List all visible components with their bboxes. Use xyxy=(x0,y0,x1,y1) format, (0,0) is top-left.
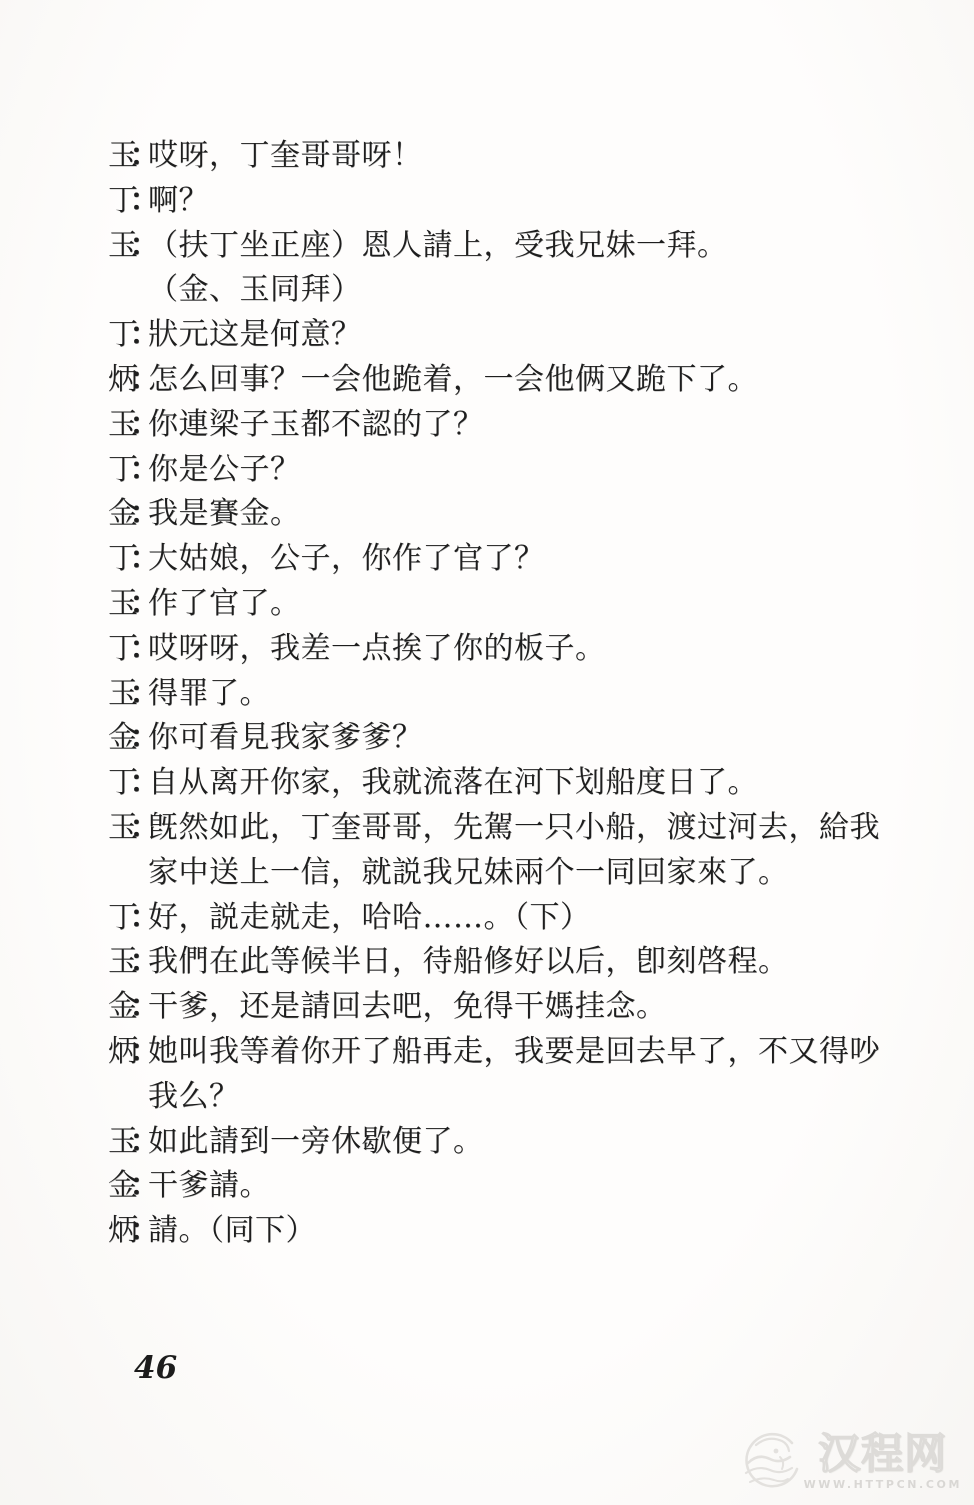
speaker-wrap: 金： xyxy=(108,985,148,1030)
dialogue-text: 自从离开你家，我就流落在河下划船度日了。 xyxy=(148,765,758,800)
dialogue-continuation-line: （金、玉同拜） xyxy=(108,268,938,313)
dialogue-text: 她叫我等着你开了船再走，我要是回去早了，不又得吵 xyxy=(148,1034,880,1069)
speaker-wrap: 丁： xyxy=(108,627,148,672)
dialogue-line: 炳：她叫我等着你开了船再走，我要是回去早了，不又得吵 xyxy=(108,1030,938,1075)
dialogue-line: 玉：得罪了。 xyxy=(108,672,938,717)
speaker-wrap: 丁： xyxy=(108,537,148,582)
watermark-site-name: 汉程网 xyxy=(818,1433,947,1475)
dialogue-line: 金：我是賽金。 xyxy=(108,492,938,537)
dialogue-continuation-line: 我么？ xyxy=(108,1075,938,1120)
dialogue-line: 玉：你連梁子玉都不認的了？ xyxy=(108,403,938,448)
speaker-wrap: 玉： xyxy=(108,582,148,627)
dialogue-text: 你是公子？ xyxy=(148,452,301,487)
dialogue-text: 請。（同下） xyxy=(148,1213,316,1248)
dialogue-line: 丁：自从离开你家，我就流落在河下划船度日了。 xyxy=(108,761,938,806)
dialogue-text: （金、玉同拜） xyxy=(148,272,362,307)
speaker-wrap: 炳： xyxy=(108,358,148,403)
speaker-wrap: 丁： xyxy=(108,179,148,224)
dialogue-line: 金：干爹請。 xyxy=(108,1164,938,1209)
dialogue-line: 玉：我們在此等候半日，待船修好以后，卽刻啓程。 xyxy=(108,940,938,985)
dialogue-text: 啊？ xyxy=(148,183,209,218)
speaker-wrap: 金： xyxy=(108,492,148,537)
dialogue-line: 丁：狀元这是何意？ xyxy=(108,313,938,358)
dialogue-line: 丁：你是公子？ xyxy=(108,448,938,493)
dialogue-text: 你連梁子玉都不認的了？ xyxy=(148,407,484,442)
scanned-page: 玉：哎呀，丁奎哥哥呀！丁：啊？玉：（扶丁坐正座）恩人請上，受我兄妹一拜。（金、玉… xyxy=(0,0,974,1505)
watermark-url: WWW.HTTPCN.COM xyxy=(804,1478,962,1491)
speaker-wrap: 玉： xyxy=(108,1120,148,1165)
dialogue-text: （扶丁坐正座）恩人請上，受我兄妹一拜。 xyxy=(148,228,728,263)
dialogue-line: 丁：好，説走就走，哈哈……。（下） xyxy=(108,896,938,941)
speaker-wrap: 丁： xyxy=(108,896,148,941)
dialogue-text: 大姑娘，公子，你作了官了？ xyxy=(148,541,545,576)
speaker-wrap: 丁： xyxy=(108,761,148,806)
speaker-wrap: 玉： xyxy=(108,403,148,448)
speaker-wrap: 玉： xyxy=(108,134,148,179)
dialogue-text: 哎呀呀，我差一点挨了你的板子。 xyxy=(148,631,606,666)
dialogue-text: 干爹，还是請回去吧，免得干媽挂念。 xyxy=(148,989,667,1024)
dialogue-text: 狀元这是何意？ xyxy=(148,317,362,352)
watermark-dragon-logo-icon xyxy=(736,1429,804,1495)
speaker-wrap: 炳： xyxy=(108,1209,148,1254)
speaker-wrap: 丁： xyxy=(108,313,148,358)
dialogue-line: 丁：啊？ xyxy=(108,179,938,224)
dialogue-text: 作了官了。 xyxy=(148,586,301,621)
dialogue-text: 我是賽金。 xyxy=(148,496,301,531)
speaker-wrap: 玉： xyxy=(108,224,148,269)
page-number: 46 xyxy=(134,1350,177,1386)
dialogue-line: 炳：怎么回事？一会他跪着，一会他俩又跪下了。 xyxy=(108,358,938,403)
watermark: 汉程网 WWW.HTTPCN.COM xyxy=(736,1429,962,1495)
dialogue-text: 得罪了。 xyxy=(148,676,270,711)
dialogue-list: 玉：哎呀，丁奎哥哥呀！丁：啊？玉：（扶丁坐正座）恩人請上，受我兄妹一拜。（金、玉… xyxy=(108,134,938,1254)
dialogue-line: 金：你可看見我家爹爹？ xyxy=(108,716,938,761)
speaker-wrap: 金： xyxy=(108,716,148,761)
dialogue-line: 玉：如此請到一旁休歇便了。 xyxy=(108,1120,938,1165)
dialogue-text: 好，説走就走，哈哈……。（下） xyxy=(148,900,591,935)
dialogue-line: 炳：請。（同下） xyxy=(108,1209,938,1254)
dialogue-line: 丁：大姑娘，公子，你作了官了？ xyxy=(108,537,938,582)
dialogue-text: 如此請到一旁休歇便了。 xyxy=(148,1124,484,1159)
speaker-wrap: 金： xyxy=(108,1164,148,1209)
dialogue-text: 旣然如此，丁奎哥哥，先駕一只小船，渡过河去，給我 xyxy=(148,810,880,845)
dialogue-text: 家中送上一信，就説我兄妹兩个一同回家來了。 xyxy=(148,855,789,890)
dialogue-text: 怎么回事？一会他跪着，一会他俩又跪下了。 xyxy=(148,362,758,397)
speaker-wrap: 玉： xyxy=(108,806,148,851)
dialogue-line: 玉：旣然如此，丁奎哥哥，先駕一只小船，渡过河去，給我 xyxy=(108,806,938,851)
speaker-wrap: 玉： xyxy=(108,672,148,717)
dialogue-text: 干爹請。 xyxy=(148,1168,270,1203)
watermark-text-block: 汉程网 WWW.HTTPCN.COM xyxy=(804,1433,962,1491)
speaker-wrap: 丁： xyxy=(108,448,148,493)
dialogue-continuation-line: 家中送上一信，就説我兄妹兩个一同回家來了。 xyxy=(108,851,938,896)
speaker-wrap: 玉： xyxy=(108,940,148,985)
dialogue-text: 我們在此等候半日，待船修好以后，卽刻啓程。 xyxy=(148,944,789,979)
dialogue-text: 我么？ xyxy=(148,1079,240,1114)
speaker-wrap: 炳： xyxy=(108,1030,148,1075)
dialogue-line: 玉：作了官了。 xyxy=(108,582,938,627)
dialogue-line: 玉：哎呀，丁奎哥哥呀！ xyxy=(108,134,938,179)
dialogue-line: 金：干爹，还是請回去吧，免得干媽挂念。 xyxy=(108,985,938,1030)
dialogue-text: 哎呀，丁奎哥哥呀！ xyxy=(148,138,423,173)
dialogue-line: 丁：哎呀呀，我差一点挨了你的板子。 xyxy=(108,627,938,672)
dialogue-line: 玉：（扶丁坐正座）恩人請上，受我兄妹一拜。 xyxy=(108,224,938,269)
dialogue-text: 你可看見我家爹爹？ xyxy=(148,720,423,755)
